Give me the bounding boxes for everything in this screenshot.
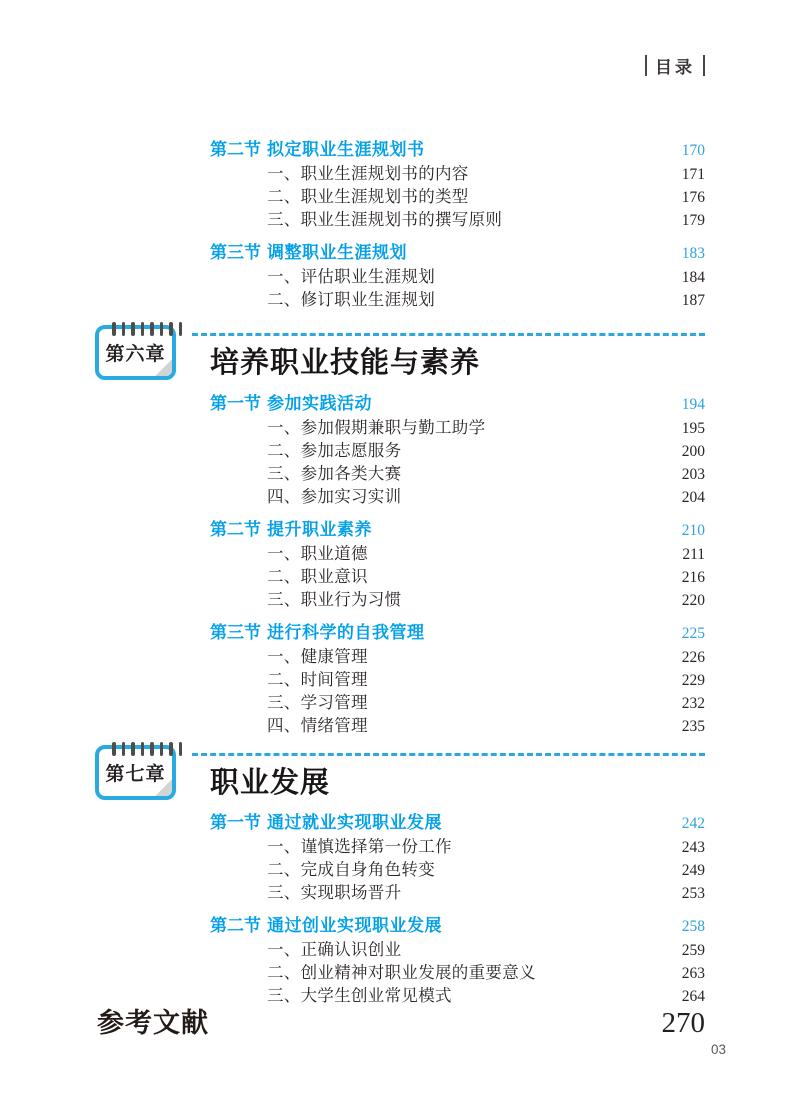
section-page-number: 225 xyxy=(682,625,705,643)
entry-title: 三、实现职场晋升 xyxy=(267,879,682,903)
toc-section: 第三节 调整职业生涯规划 183 一、评估职业生涯规划 184 二、修订职业生涯… xyxy=(210,238,705,309)
toc-section: 第二节 提升职业素养 210 一、职业道德 211 二、职业意识 216 三、职… xyxy=(210,515,705,609)
references-row: 参考文献 270 xyxy=(97,1001,705,1040)
section-page-number: 183 xyxy=(682,245,705,263)
entry-page-number: 259 xyxy=(682,942,705,960)
entry-title: 一、谨慎选择第一份工作 xyxy=(267,833,682,857)
chapter-title: 培养职业技能与素养 xyxy=(210,340,480,381)
section-label: 第一节 xyxy=(210,389,267,414)
section-heading: 第一节 通过就业实现职业发展 242 xyxy=(210,808,705,833)
toc-section: 第三节 进行科学的自我管理 225 一、健康管理 226 二、时间管理 229 … xyxy=(210,618,705,735)
entry-title: 一、健康管理 xyxy=(267,643,682,667)
toc-entry: 二、创业精神对职业发展的重要意义 263 xyxy=(210,959,705,982)
running-head: 目录 xyxy=(645,53,705,78)
section-heading: 第一节 参加实践活动 194 xyxy=(210,389,705,414)
section-heading: 第三节 调整职业生涯规划 183 xyxy=(210,238,705,263)
entry-page-number: 226 xyxy=(682,649,705,667)
section-title: 提升职业素养 xyxy=(267,515,682,540)
section-heading: 第二节 提升职业素养 210 xyxy=(210,515,705,540)
entry-title: 四、情绪管理 xyxy=(267,712,682,736)
entry-page-number: 195 xyxy=(682,420,705,438)
toc-entry: 一、职业道德 211 xyxy=(210,540,705,563)
section-page-number: 242 xyxy=(682,815,705,833)
dashed-rule xyxy=(192,753,705,756)
toc-entry: 四、参加实习实训 204 xyxy=(210,483,705,506)
toc-entry: 一、职业生涯规划书的内容 171 xyxy=(210,160,705,183)
section-page-number: 194 xyxy=(682,396,705,414)
section-title: 通过就业实现职业发展 xyxy=(267,808,682,833)
section-page-number: 210 xyxy=(682,522,705,540)
entry-page-number: 187 xyxy=(682,292,705,310)
entry-title: 四、参加实习实训 xyxy=(267,483,682,507)
section-label: 第一节 xyxy=(210,808,267,833)
toc-entry: 三、职业生涯规划书的撰写原则 179 xyxy=(210,206,705,229)
entry-title: 一、职业生涯规划书的内容 xyxy=(267,160,682,184)
entry-title: 一、参加假期兼职与勤工助学 xyxy=(267,414,682,438)
entry-page-number: 179 xyxy=(682,212,705,230)
toc-entry: 二、完成自身角色转变 249 xyxy=(210,856,705,879)
running-head-left-rule xyxy=(645,55,647,76)
section-page-number: 258 xyxy=(682,918,705,936)
toc-entry: 二、参加志愿服务 200 xyxy=(210,437,705,460)
entry-title: 二、修订职业生涯规划 xyxy=(267,286,682,310)
dashed-rule xyxy=(192,333,705,336)
entry-page-number: 216 xyxy=(682,569,705,587)
section-title: 调整职业生涯规划 xyxy=(267,238,682,263)
chapter-divider: 第六章 培养职业技能与素养 xyxy=(95,318,705,393)
section-label: 第二节 xyxy=(210,135,267,160)
toc-entry: 一、谨慎选择第一份工作 243 xyxy=(210,833,705,856)
entry-title: 一、正确认识创业 xyxy=(267,936,682,960)
entry-page-number: 220 xyxy=(682,592,705,610)
entry-page-number: 204 xyxy=(682,489,705,507)
entry-page-number: 211 xyxy=(682,546,705,564)
entry-title: 二、参加志愿服务 xyxy=(267,437,682,461)
toc-entry: 二、职业生涯规划书的类型 176 xyxy=(210,183,705,206)
section-heading: 第二节 拟定职业生涯规划书 170 xyxy=(210,135,705,160)
toc-entry: 三、职业行为习惯 220 xyxy=(210,586,705,609)
entry-page-number: 171 xyxy=(682,166,705,184)
toc-group-chapter-7: 第一节 通过就业实现职业发展 242 一、谨慎选择第一份工作 243 二、完成自… xyxy=(210,808,705,1014)
entry-page-number: 203 xyxy=(682,466,705,484)
toc-section: 第二节 拟定职业生涯规划书 170 一、职业生涯规划书的内容 171 二、职业生… xyxy=(210,135,705,229)
toc-entry: 一、健康管理 226 xyxy=(210,643,705,666)
entry-page-number: 232 xyxy=(682,695,705,713)
section-title: 参加实践活动 xyxy=(267,389,682,414)
entry-title: 二、完成自身角色转变 xyxy=(267,856,682,880)
section-label: 第三节 xyxy=(210,238,267,263)
page-fold-corner xyxy=(155,779,172,796)
entry-page-number: 184 xyxy=(682,269,705,287)
toc-entry: 二、修订职业生涯规划 187 xyxy=(210,286,705,309)
page-fold-corner xyxy=(155,359,172,376)
chapter-calendar-tab: 第六章 xyxy=(95,325,176,380)
toc-entry: 三、参加各类大赛 203 xyxy=(210,460,705,483)
entry-page-number: 235 xyxy=(682,718,705,736)
entry-title: 三、职业行为习惯 xyxy=(267,586,682,610)
toc-group-chapter-6: 第一节 参加实践活动 194 一、参加假期兼职与勤工助学 195 二、参加志愿服… xyxy=(210,389,705,744)
running-head-right-rule xyxy=(703,55,705,76)
toc-entry: 三、学习管理 232 xyxy=(210,689,705,712)
binder-rings-icon xyxy=(112,742,182,756)
entry-page-number: 249 xyxy=(682,862,705,880)
entry-page-number: 176 xyxy=(682,189,705,207)
section-heading: 第二节 通过创业实现职业发展 258 xyxy=(210,911,705,936)
toc-section: 第二节 通过创业实现职业发展 258 一、正确认识创业 259 二、创业精神对职… xyxy=(210,911,705,1005)
section-page-number: 170 xyxy=(682,142,705,160)
chapter-calendar-tab: 第七章 xyxy=(95,745,176,800)
entry-title: 一、评估职业生涯规划 xyxy=(267,263,682,287)
chapter-title: 职业发展 xyxy=(210,760,330,801)
section-title: 通过创业实现职业发展 xyxy=(267,911,682,936)
section-title: 进行科学的自我管理 xyxy=(267,618,682,643)
entry-page-number: 200 xyxy=(682,443,705,461)
entry-title: 三、参加各类大赛 xyxy=(267,460,682,484)
toc-entry: 一、正确认识创业 259 xyxy=(210,936,705,959)
toc-entry: 四、情绪管理 235 xyxy=(210,712,705,735)
entry-title: 二、时间管理 xyxy=(267,666,682,690)
section-label: 第二节 xyxy=(210,911,267,936)
toc-entry: 一、参加假期兼职与勤工助学 195 xyxy=(210,414,705,437)
entry-title: 三、职业生涯规划书的撰写原则 xyxy=(267,206,682,230)
entry-title: 二、职业意识 xyxy=(267,563,682,587)
entry-title: 二、创业精神对职业发展的重要意义 xyxy=(267,959,682,983)
running-head-title: 目录 xyxy=(655,53,695,78)
toc-entry: 二、时间管理 229 xyxy=(210,666,705,689)
toc-group-pre-chapter: 第二节 拟定职业生涯规划书 170 一、职业生涯规划书的内容 171 二、职业生… xyxy=(210,135,705,318)
toc-page: 目录 第二节 拟定职业生涯规划书 170 一、职业生涯规划书的内容 171 二、… xyxy=(0,0,800,1114)
section-label: 第三节 xyxy=(210,618,267,643)
entry-title: 三、学习管理 xyxy=(267,689,682,713)
section-label: 第二节 xyxy=(210,515,267,540)
entry-page-number: 243 xyxy=(682,839,705,857)
binder-rings-icon xyxy=(112,322,182,336)
entry-title: 一、职业道德 xyxy=(267,540,682,564)
section-title: 拟定职业生涯规划书 xyxy=(267,135,682,160)
chapter-divider: 第七章 职业发展 xyxy=(95,738,705,813)
toc-section: 第一节 参加实践活动 194 一、参加假期兼职与勤工助学 195 二、参加志愿服… xyxy=(210,389,705,506)
references-page-number: 270 xyxy=(662,1007,706,1040)
entry-page-number: 253 xyxy=(682,885,705,903)
toc-section: 第一节 通过就业实现职业发展 242 一、谨慎选择第一份工作 243 二、完成自… xyxy=(210,808,705,902)
toc-entry: 三、实现职场晋升 253 xyxy=(210,879,705,902)
entry-page-number: 229 xyxy=(682,672,705,690)
references-label: 参考文献 xyxy=(97,1001,209,1040)
toc-entry: 一、评估职业生涯规划 184 xyxy=(210,263,705,286)
entry-title: 二、职业生涯规划书的类型 xyxy=(267,183,682,207)
folio-page-number: 03 xyxy=(711,1042,726,1057)
entry-page-number: 263 xyxy=(682,965,705,983)
section-heading: 第三节 进行科学的自我管理 225 xyxy=(210,618,705,643)
toc-entry: 二、职业意识 216 xyxy=(210,563,705,586)
